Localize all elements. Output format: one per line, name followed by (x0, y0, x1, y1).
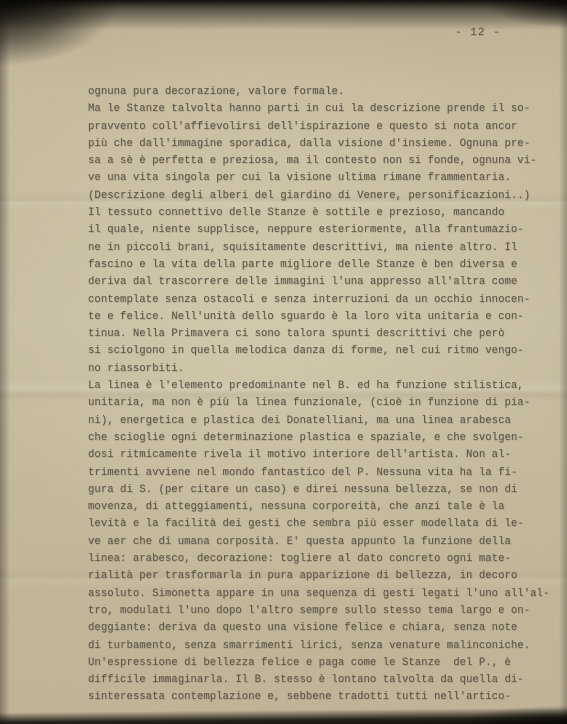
page-number: - 12 - (455, 27, 501, 39)
photographed-page: - 12 - ognuna pura decorazione, valore f… (0, 0, 567, 724)
typewritten-text-body: ognuna pura decorazione, valore formale.… (88, 84, 544, 707)
